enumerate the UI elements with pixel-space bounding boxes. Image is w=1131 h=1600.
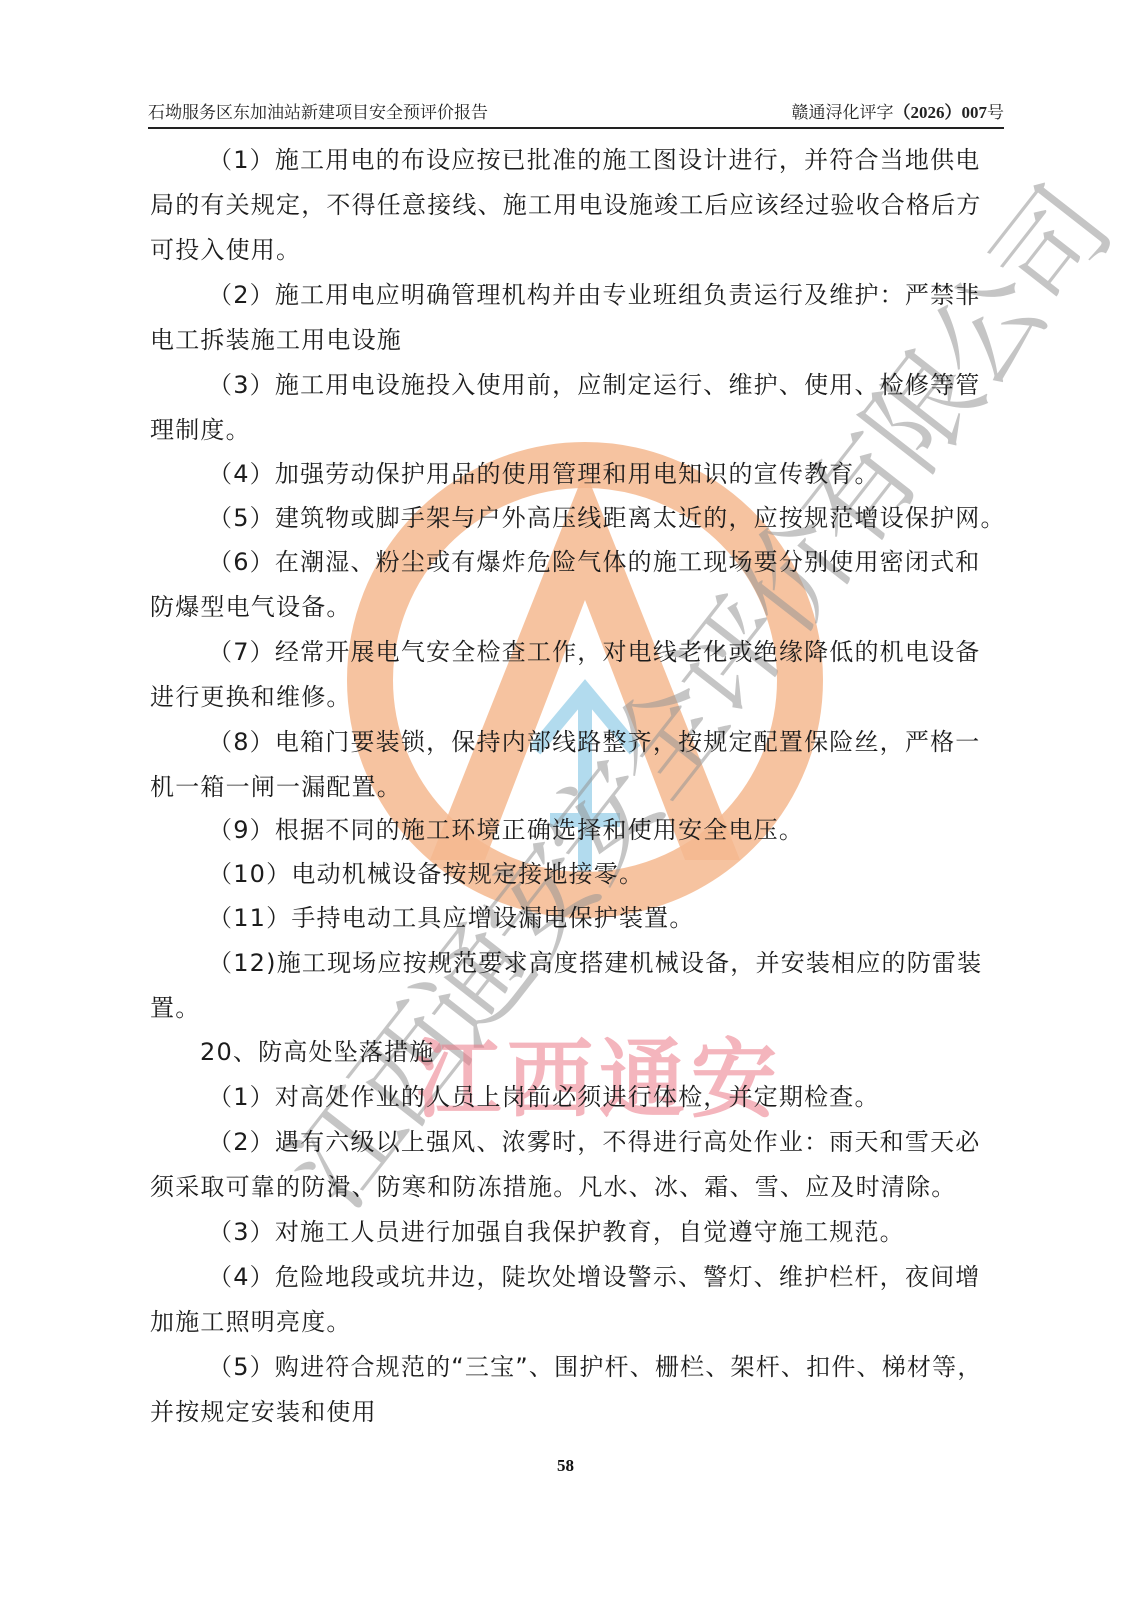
paragraph-line: 电工拆装施工用电设施 bbox=[150, 320, 402, 360]
paragraph-line: （2）遇有六级以上强风、浓雾时，不得进行高处作业：雨天和雪天必 bbox=[208, 1122, 980, 1162]
paragraph-line: （9）根据不同的施工环境正确选择和使用安全电压。 bbox=[208, 810, 804, 850]
paragraph-line: （3）对施工人员进行加强自我保护教育，自觉遵守施工规范。 bbox=[208, 1212, 905, 1252]
paragraph-line: （4）危险地段或坑井边，陡坎处增设警示、警灯、维护栏杆，夜间增 bbox=[208, 1257, 980, 1297]
paragraph-line: 局的有关规定，不得任意接线、施工用电设施竣工后应该经过验收合格后方 bbox=[150, 185, 982, 225]
paragraph-line: 须采取可靠的防滑、防寒和防冻措施。凡水、冰、霜、雪、应及时清除。 bbox=[150, 1167, 956, 1207]
paragraph-line: 置。 bbox=[150, 988, 200, 1028]
paragraph-line: 加施工照明亮度。 bbox=[150, 1302, 352, 1342]
header-divider bbox=[148, 127, 1004, 129]
report-title: 石坳服务区东加油站新建项目安全预评价报告 bbox=[148, 98, 488, 123]
page-header: 石坳服务区东加油站新建项目安全预评价报告 赣通浔化评字（2026）007号 bbox=[148, 96, 1004, 124]
paragraph-line: 理制度。 bbox=[150, 410, 251, 450]
paragraph-line: （10）电动机械设备按规定接地接零。 bbox=[208, 854, 644, 894]
paragraph-line: 进行更换和维修。 bbox=[150, 677, 352, 717]
paragraph-line: （11）手持电动工具应增设漏电保护装置。 bbox=[208, 898, 695, 938]
paragraph-line: 机一箱一闸一漏配置。 bbox=[150, 767, 402, 807]
paragraph-line: （1）对高处作业的人员上岗前必须进行体检，并定期检查。 bbox=[208, 1077, 880, 1117]
paragraph-line: （5）购进符合规范的“三宝”、围护杆、栅栏、架杆、扣件、梯材等， bbox=[208, 1347, 983, 1387]
paragraph-line: （7）经常开展电气安全检查工作，对电线老化或绝缘降低的机电设备 bbox=[208, 632, 980, 672]
section-heading: 20、防高处坠落措施 bbox=[200, 1032, 435, 1072]
document-number: 赣通浔化评字（2026）007号 bbox=[792, 98, 1005, 123]
paragraph-line: （8）电箱门要装锁，保持内部线路整齐，按规定配置保险丝，严格一 bbox=[208, 722, 980, 762]
document-page: 江西通安安全评价有限公司 江西通安 石坳服务区东加油站新建项目安全预评价报告 赣… bbox=[0, 0, 1131, 1600]
paragraph-line: 可投入使用。 bbox=[150, 230, 301, 270]
page-number: 58 bbox=[0, 1456, 1131, 1476]
paragraph-line: （4）加强劳动保护用品的使用管理和用电知识的宣传教育。 bbox=[208, 454, 880, 494]
paragraph-line: （6）在潮湿、粉尘或有爆炸危险气体的施工现场要分别使用密闭式和 bbox=[208, 542, 980, 582]
paragraph-line: 并按规定安装和使用 bbox=[150, 1392, 377, 1432]
paragraph-line: （2）施工用电应明确管理机构并由专业班组负责运行及维护：严禁非 bbox=[208, 275, 980, 315]
paragraph-line: （1）施工用电的布设应按已批准的施工图设计进行，并符合当地供电 bbox=[208, 140, 980, 180]
paragraph-line: （5）建筑物或脚手架与户外高压线距离太近的，应按规范增设保护网。 bbox=[208, 498, 1006, 538]
paragraph-line: 防爆型电气设备。 bbox=[150, 587, 352, 627]
paragraph-line: （12)施工现场应按规范要求高度搭建机械设备，并安装相应的防雷装 bbox=[208, 943, 982, 983]
paragraph-line: （3）施工用电设施投入使用前，应制定运行、维护、使用、检修等管 bbox=[208, 365, 980, 405]
